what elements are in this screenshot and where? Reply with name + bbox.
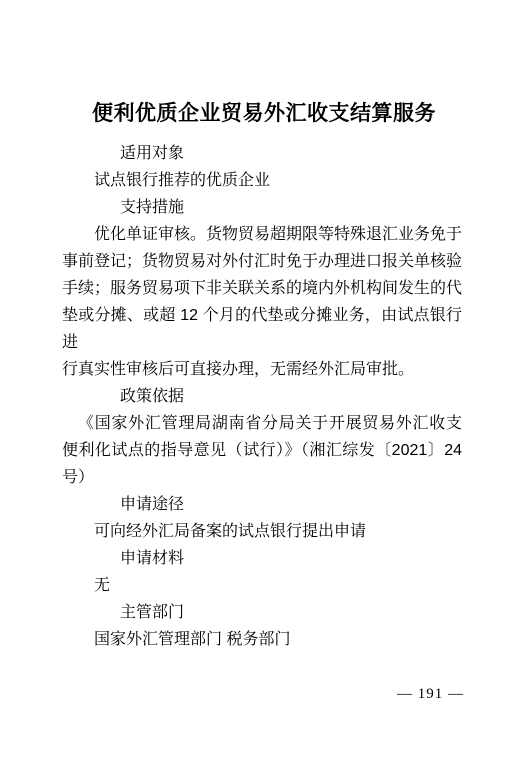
text-line: 行真实性审核后可直接办理，无需经外汇局审批。 <box>62 356 462 383</box>
text-line: 号） <box>62 464 462 491</box>
text-line: 垫或分摊、或超 12 个月的代垫或分摊业务，由试点银行进 <box>62 302 462 356</box>
section-heading-application-materials: 申请材料 <box>62 545 462 572</box>
text-line: 国家外汇管理部门 税务部门 <box>62 626 462 653</box>
text-line: 事前登记；货物贸易对外付汇时免于办理进口报关单核验 <box>62 248 462 275</box>
text-line: 优化单证审核。货物贸易超期限等特殊退汇业务免于 <box>62 221 462 248</box>
document-page: { "colors": { "background": "#ffffff", "… <box>0 0 528 767</box>
document-body: 适用对象 试点银行推荐的优质企业 支持措施 优化单证审核。货物贸易超期限等特殊退… <box>62 140 462 653</box>
section-heading-competent-department: 主管部门 <box>62 599 462 626</box>
section-heading-support-measures: 支持措施 <box>62 194 462 221</box>
text-line: 可向经外汇局备案的试点银行提出申请 <box>62 518 462 545</box>
text-line: 无 <box>62 572 462 599</box>
document-title: 便利优质企业贸易外汇收支结算服务 <box>0 102 528 126</box>
text-line: 《国家外汇管理局湖南省分局关于开展贸易外汇收支 <box>62 410 462 437</box>
page-number: — 191 — <box>397 686 464 703</box>
text-line: 手续；服务贸易项下非关联关系的境内外机构间发生的代 <box>62 275 462 302</box>
text-line: 便利化试点的指导意见（试行）》（湘汇综发〔2021〕24 <box>62 437 462 464</box>
section-heading-applicable-targets: 适用对象 <box>62 140 462 167</box>
section-heading-policy-basis: 政策依据 <box>62 383 462 410</box>
section-heading-application-channel: 申请途径 <box>62 491 462 518</box>
text-line: 试点银行推荐的优质企业 <box>62 167 462 194</box>
